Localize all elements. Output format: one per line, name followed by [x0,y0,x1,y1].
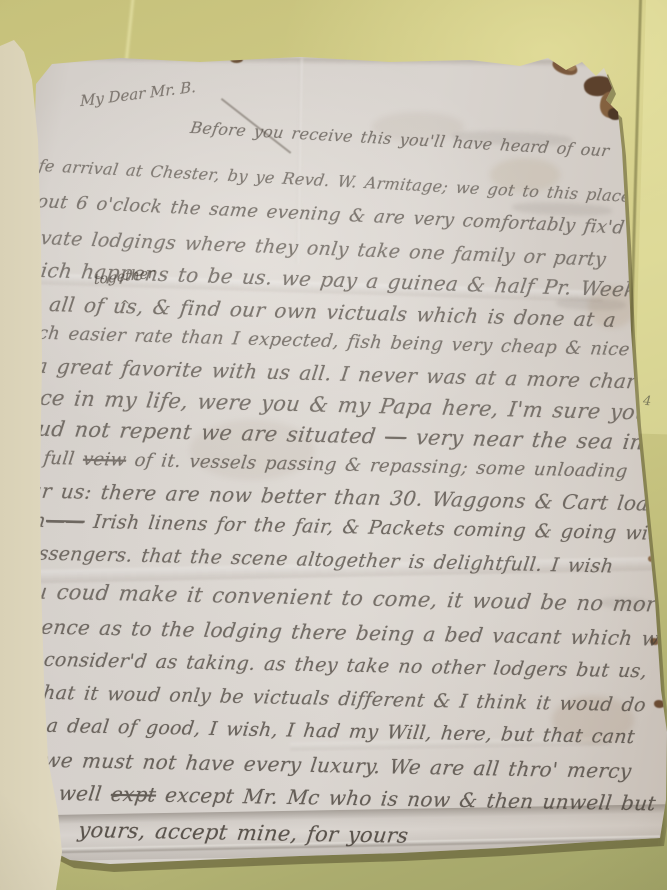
handwriting-segment: be, we must not have every luxury. We ar… [1,747,633,783]
handwritten-line: be, we must not have every luxury. We ar… [1,747,633,783]
handwriting-segment: you a deal of good, I wish, I had my Wil… [1,714,636,748]
photo-of-handwritten-letter: My Dear Mr. B. together ^ Before you rec… [0,0,667,890]
handwriting-segment: expt [110,782,158,807]
handwriting-segment: except Mr. Mc who is now & then unwell b… [155,783,658,816]
handwriting-segment: veiw [82,449,128,471]
salutation: My Dear Mr. B. [80,78,196,110]
handwriting-segment: —— [45,510,86,533]
handwriting-layer: My Dear Mr. B. together ^ Before you rec… [0,0,667,890]
handwriting-segment: expence as to the lodging there being a … [3,614,667,651]
handwriting-segment: so that it woud only be victuals differe… [3,681,647,716]
handwriting-segment: are consider'd as taking. as they take n… [1,648,648,682]
handwritten-line: Before you receive this you'll have hear… [189,118,611,160]
handwritten-line: so that it woud only be victuals differe… [3,681,647,716]
handwritten-line: yours, accept mine, for yours [77,818,410,848]
handwriting-segment: you coud make it convenient to come, it … [7,579,667,617]
handwritten-line: passengers. that the scene altogether is… [13,542,615,578]
handwriting-segment: of it. vessels passing & repassing; some… [125,450,629,482]
handwritten-line: expence as to the lodging there being a … [3,614,667,651]
handwritten-line: with—— Irish linens for the fair, & Pack… [1,509,667,545]
handwriting-segment: Irish linens for the fair, & Packets com… [83,511,667,545]
handwriting-segment: woud not repent we are situated [5,416,387,449]
handwritten-line: you a deal of good, I wish, I had my Wil… [1,714,636,748]
handwritten-line: very well expt except Mr. Mc who is now … [3,780,657,815]
letter-page: My Dear Mr. B. together ^ Before you rec… [0,0,667,890]
handwritten-line: are consider'd as taking. as they take n… [1,648,648,682]
mat-crease [124,0,134,66]
handwriting-segment: Before you receive this you'll have hear… [189,118,611,160]
handwritten-line: you coud make it convenient to come, it … [7,579,667,617]
handwriting-segment: yours, accept mine, for yours [77,818,410,848]
handwriting-segment: passengers. that the scene altogether is… [13,542,615,578]
handwriting-segment: very near the sea in [405,425,645,454]
handwritten-line: the full veiw of it. vessels passing & r… [3,447,629,482]
margin-mark: 4 [642,394,651,410]
